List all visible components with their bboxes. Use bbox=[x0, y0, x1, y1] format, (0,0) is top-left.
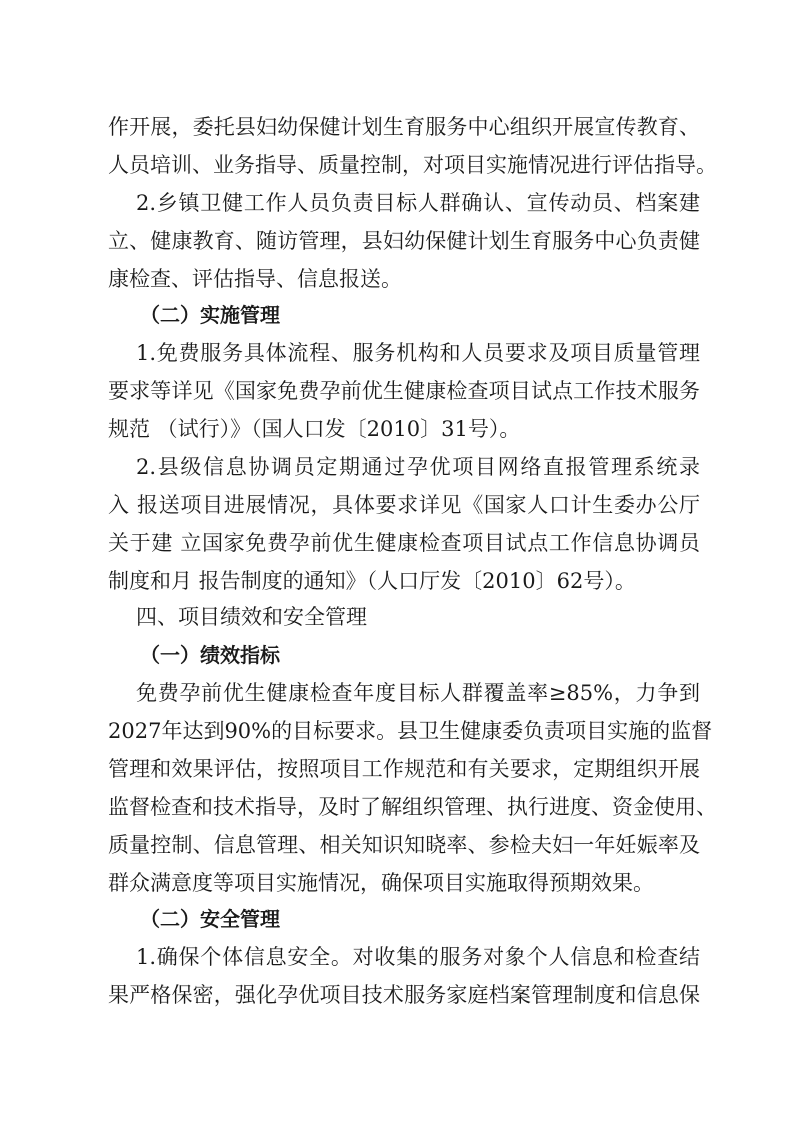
paragraph-line: 1.确保个体信息安全。对收集的服务对象个人信息和检查结 bbox=[136, 942, 700, 972]
paragraph-line: 1.免费服务具体流程、服务机构和人员要求及项目质量管理 bbox=[136, 338, 700, 368]
paragraph-line: 2027年达到90%的目标要求。县卫生健康委负责项目实施的监督 bbox=[108, 716, 700, 746]
section-heading: 四、项目绩效和安全管理 bbox=[136, 602, 436, 632]
subsection-heading: （一）绩效指标 bbox=[140, 640, 440, 670]
paragraph-line: 要求等详见《国家免费孕前优生健康检查项目试点工作技术服务 bbox=[108, 376, 700, 406]
paragraph-line: 果严格保密，强化孕优项目技术服务家庭档案管理制度和信息保 bbox=[108, 980, 700, 1010]
paragraph-line: 质量控制、信息管理、相关知识知晓率、参检夫妇一年妊娠率及 bbox=[108, 830, 700, 860]
document-page: 作开展，委托县妇幼保健计划生育服务中心组织开展宣传教育、 人员培训、业务指导、质… bbox=[0, 0, 793, 1122]
paragraph-line: 制度和月 报告制度的通知》（人口厅发〔2010〕62号）。 bbox=[108, 566, 700, 596]
paragraph-line: 关于建 立国家免费孕前优生健康检查项目试点工作信息协调员 bbox=[108, 528, 700, 558]
paragraph-line: 群众满意度等项目实施情况，确保项目实施取得预期效果。 bbox=[108, 868, 700, 898]
paragraph-line: 入 报送项目进展情况，具体要求详见《国家人口计生委办公厅 bbox=[108, 490, 700, 520]
subsection-heading: （二）实施管理 bbox=[140, 300, 440, 330]
paragraph-line: 管理和效果评估，按照项目工作规范和有关要求，定期组织开展 bbox=[108, 754, 700, 784]
paragraph-line: 立、健康教育、随访管理，县妇幼保健计划生育服务中心负责健 bbox=[108, 226, 700, 256]
paragraph-line: 免费孕前优生健康检查年度目标人群覆盖率≥85%，力争到 bbox=[136, 678, 700, 708]
paragraph-line: 康检查、评估指导、信息报送。 bbox=[108, 264, 700, 294]
subsection-heading: （二）安全管理 bbox=[140, 904, 440, 934]
paragraph-line: 人员培训、业务指导、质量控制，对项目实施情况进行评估指导。 bbox=[108, 150, 700, 180]
paragraph-line: 2.县级信息协调员定期通过孕优项目网络直报管理系统录 bbox=[136, 452, 700, 482]
paragraph-line: 作开展，委托县妇幼保健计划生育服务中心组织开展宣传教育、 bbox=[108, 112, 700, 142]
paragraph-line: 规范 （试行）》（国人口发〔2010〕31号）。 bbox=[108, 414, 700, 444]
paragraph-line: 监督检查和技术指导，及时了解组织管理、执行进度、资金使用、 bbox=[108, 792, 700, 822]
paragraph-line: 2.乡镇卫健工作人员负责目标人群确认、宣传动员、档案建 bbox=[136, 188, 700, 218]
